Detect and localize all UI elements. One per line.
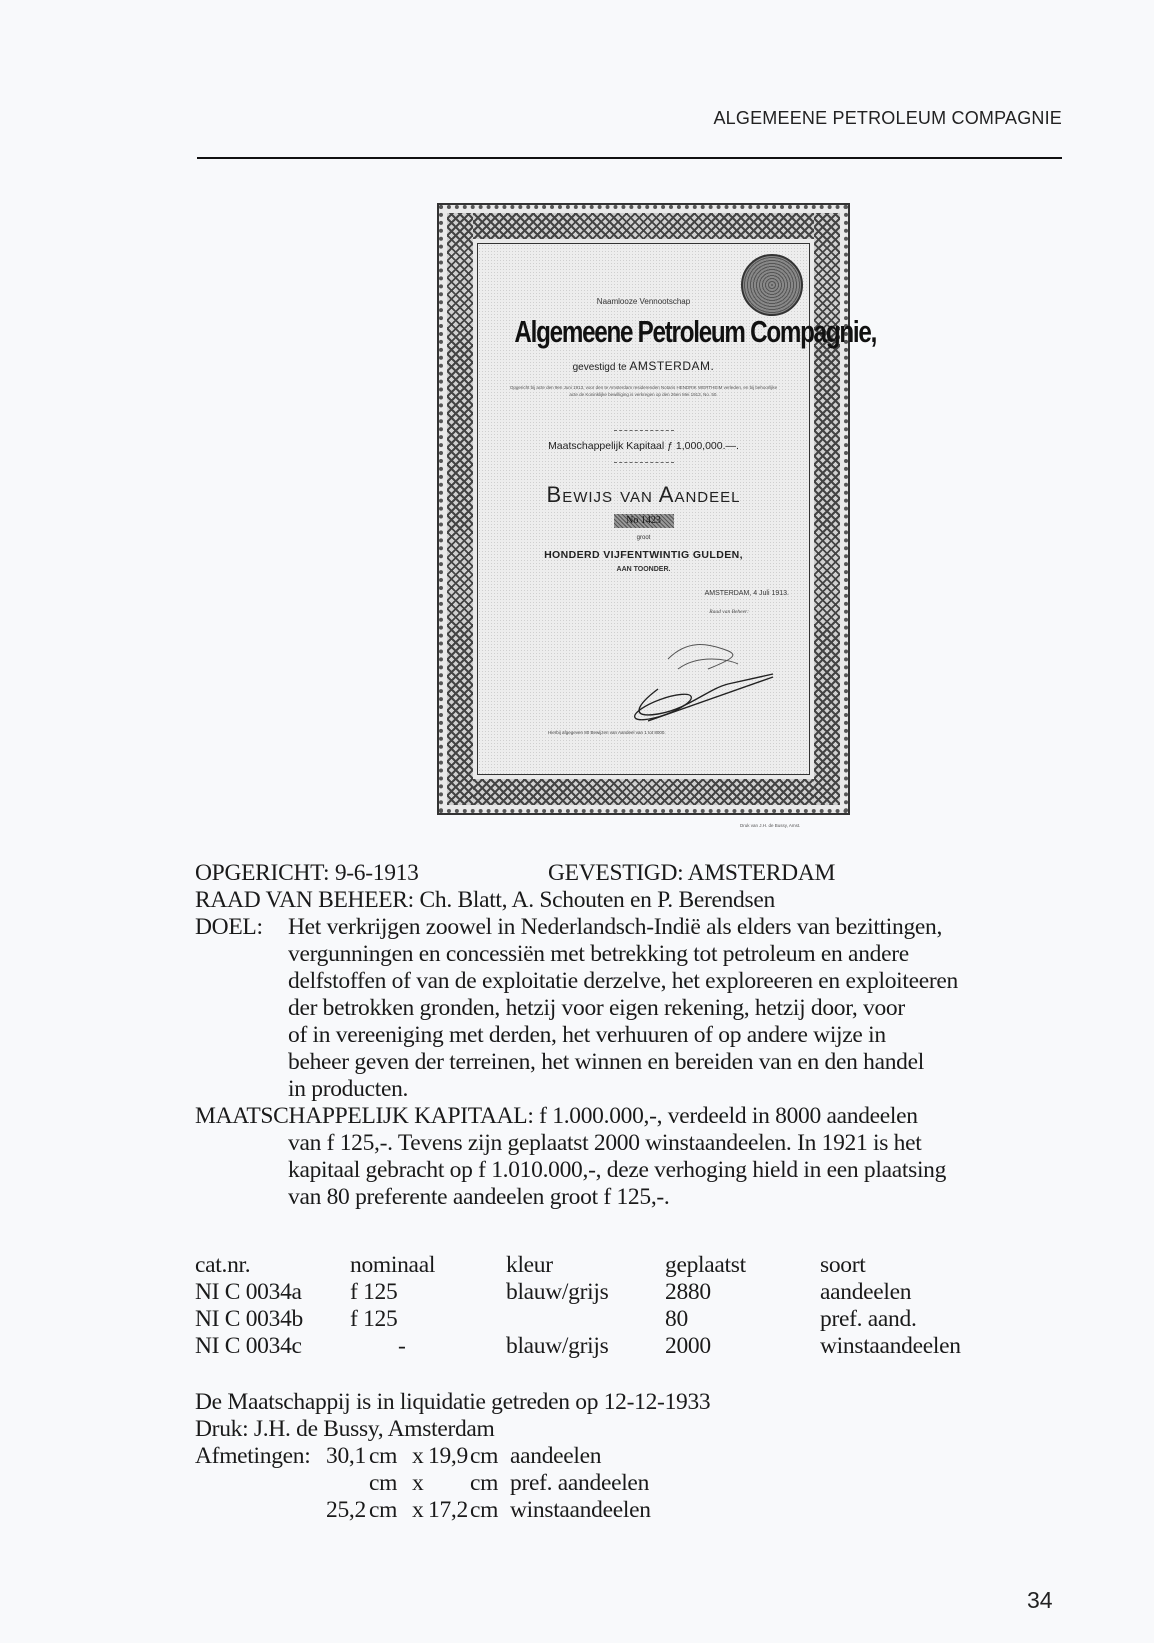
seat-value: AMSTERDAM [688,860,835,886]
board-label: RAAD VAN BEHEER: [195,887,414,913]
dim-unit: cm [369,1497,397,1524]
dim-type: pref. aandeelen [510,1470,649,1497]
certificate-bearer: AAN TOONDER. [478,566,809,573]
board-line: RAAD VAN BEHEER: Ch. Blatt, A. Schouten … [195,887,775,914]
capital-label: MAATSCHAPPELIJK KAPITAAL: [195,1103,534,1129]
certificate-board-label: Raad van Beheer: [709,609,749,615]
certificate-company-name: Algemeene Petroleum Compagnie, [514,314,772,350]
capital-line: kapitaal gebracht op f 1.010.000,-, deze… [288,1157,946,1184]
dim-unit: cm [470,1443,498,1470]
purpose-line: vergunningen en concessiën met betrekkin… [288,941,909,968]
certificate-footnote: Hierbij afgegeven 80 Bewijzen van Aandee… [548,730,666,735]
running-head: ALGEMEENE PETROLEUM COMPAGNIE [713,108,1062,129]
purpose-line: delfstoffen of van de exploitatie derzel… [288,968,958,995]
cell-geplaatst: 2880 [665,1279,711,1306]
seat-line: GEVESTIGD: AMSTERDAM [548,860,835,887]
certificate-printer-mark: Druk van J.H. de Bussy, Amst. [740,823,800,828]
purpose-line: der betrokken gronden, hetzij voor eigen… [288,995,905,1022]
ornamental-border-right [814,213,840,805]
dim-unit: cm [470,1470,498,1497]
cell-catnr: NI C 0034c [195,1333,302,1360]
header-nominaal: nominaal [350,1252,435,1279]
purpose-line: beheer geven der terreinen, het winnen e… [288,1049,924,1076]
dim-a: 25,2 [326,1497,366,1524]
capital-line: van f 125,-. Tevens zijn geplaatst 2000 … [288,1130,921,1157]
certificate-legal-form: Naamlooze Vennootschap [478,297,809,306]
seat-prefix: gevestigd te [573,362,627,373]
liquidation-line: De Maatschappij is in liquidatie getrede… [195,1389,710,1416]
dim-type: aandeelen [510,1443,601,1470]
company-seal-icon [741,254,803,316]
ornamental-border-bottom [447,779,840,805]
cell-geplaatst: 2000 [665,1333,711,1360]
cell-nominaal: f 125 [350,1306,397,1333]
dim-a: 30,1 [326,1443,366,1470]
header-catnr: cat.nr. [195,1252,250,1279]
header-soort: soort [820,1252,866,1279]
dim-unit: cm [470,1497,498,1524]
share-certificate-image: Naamlooze Vennootschap Algemeene Petrole… [437,203,850,815]
page-number: 34 [1027,1587,1053,1614]
header-rule [197,157,1062,159]
ornamental-border-left [447,213,473,805]
certificate-body: Naamlooze Vennootschap Algemeene Petrole… [477,243,810,775]
purpose-line: in producten. [288,1076,408,1103]
purpose-line: of in vereeniging met derden, het verhuu… [288,1022,886,1049]
capital-line: MAATSCHAPPELIJK KAPITAAL: f 1.000.000,-,… [195,1103,918,1130]
dim-unit: cm [369,1470,397,1497]
cell-catnr: NI C 0034a [195,1279,302,1306]
seat-city: AMSTERDAM. [629,359,714,373]
cell-soort: pref. aand. [820,1306,917,1333]
founded-label: OPGERICHT: [195,860,329,886]
purpose-line: Het verkrijgen zoowel in Nederlandsch-In… [288,914,942,941]
seat-label: GEVESTIGD: [548,860,683,886]
certificate-groot: groot [478,535,809,541]
founded-date: 9-6-1913 [335,860,419,886]
certificate-capital: Maatschappelijk Kapitaal ƒ 1,000,000.—. [478,440,809,452]
certificate-amount: HONDERD VIJFENTWINTIG GULDEN, [478,549,809,561]
printer-line: Druk: J.H. de Bussy, Amsterdam [195,1416,495,1443]
separator [614,462,674,463]
dim-times: x [412,1443,423,1470]
dim-times: x [412,1497,423,1524]
certificate-title: Bewijs van Aandeel [478,482,809,508]
certificate-notary-text: Opgericht bij acte den 9en Juni 1913, vo… [508,384,779,398]
cell-kleur: blauw/grijs [506,1333,608,1360]
cell-kleur: blauw/grijs [506,1279,608,1306]
capital-text: f 1.000.000,-, verdeeld in 8000 aandeele… [539,1103,918,1129]
certificate-seat: gevestigd te AMSTERDAM. [478,359,809,373]
purpose-label: DOEL: [195,914,263,941]
dim-unit: cm [369,1443,397,1470]
board-members: Ch. Blatt, A. Schouten en P. Berendsen [420,887,775,913]
cell-geplaatst: 80 [665,1306,688,1333]
cell-soort: aandeelen [820,1279,911,1306]
cell-nominaal: f 125 [350,1279,397,1306]
ornamental-border-top [447,213,840,239]
dim-b: 19,9 [428,1443,468,1470]
dim-type: winstaandeelen [510,1497,651,1524]
cell-soort: winstaandeelen [820,1333,961,1360]
signatures-icon [588,629,788,739]
capital-line: van 80 preferente aandeelen groot f 125,… [288,1184,670,1211]
certificate-date: AMSTERDAM, 4 Juli 1913. [705,590,789,597]
separator [614,430,674,431]
header-geplaatst: geplaatst [665,1252,746,1279]
dim-times: x [412,1470,423,1497]
founded-line: OPGERICHT: 9-6-1913 [195,860,419,887]
cell-nominaal: - [398,1333,406,1360]
header-kleur: kleur [506,1252,553,1279]
certificate-number: No 1423 [614,514,674,528]
dim-b: 17,2 [428,1497,468,1524]
cell-catnr: NI C 0034b [195,1306,303,1333]
dimensions-label: Afmetingen: [195,1443,310,1470]
